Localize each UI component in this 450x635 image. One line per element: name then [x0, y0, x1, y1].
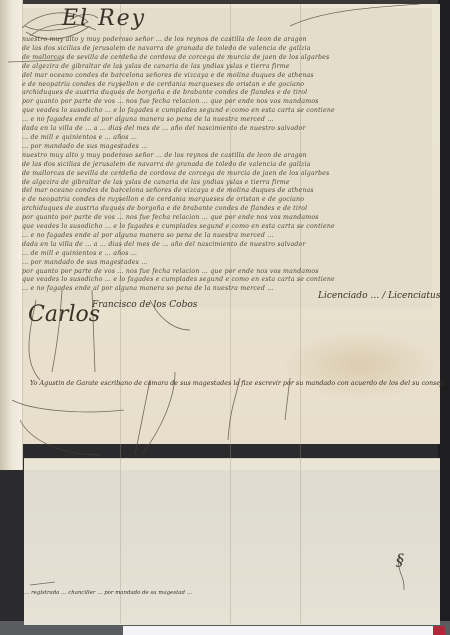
body-line: de algezira de gibraltar de las yslas de… [22, 179, 432, 188]
charter-body: nuestro muy alto y muy poderoso señor … … [22, 36, 432, 294]
body-line: por quanto por parte de vos … nos fue fe… [22, 214, 432, 223]
body-line: archiduques de austria duques de borgoña… [22, 89, 432, 98]
body-line: … por mandado de sus magestades … [22, 143, 432, 152]
plica-text: … registrada … chanciller … por mandado … [24, 590, 444, 598]
body-line: dada en la villa de … a … dias del mes d… [22, 241, 432, 250]
body-line: de mallorcas de sevilla de cerdeña de co… [22, 54, 432, 63]
secretary-signature: Francisco de los Cobos [92, 300, 197, 310]
body-line: de mallorcas de sevilla de cerdeña de co… [22, 170, 432, 179]
body-line: de algezira de gibraltar de las yslas de… [22, 63, 432, 72]
body-line: e de neopatria condes de ruysellon e de … [22, 196, 432, 205]
right-signature: Licenciado … / Licenciatus [318, 290, 440, 302]
bottom-color-marker [433, 626, 445, 635]
body-line: del mar oceano condes de barcelona señor… [22, 187, 432, 196]
body-line: e de neopatria condes de ruysellon e de … [22, 81, 432, 90]
body-line: del mar oceano condes de barcelona señor… [22, 72, 432, 81]
body-line: archiduques de austria duques de borgoña… [22, 205, 432, 214]
body-line: de las dos sicilias de jerusalem de nava… [22, 161, 432, 170]
king-signature: Carlos [28, 302, 100, 327]
body-line: dada en la villa de … a … dias del mes d… [22, 125, 432, 134]
body-line: de las dos sicilias de jerusalem de nava… [22, 45, 432, 54]
body-line: por quanto por parte de vos … nos fue fe… [22, 268, 432, 277]
body-line: que veades lo susodicho … e lo fagades e… [22, 223, 432, 232]
body-line: … de mill e quinientos e … años … [22, 250, 432, 259]
body-line: nuestro muy alto y muy poderoso señor … … [22, 36, 432, 45]
body-line: … de mill e quinientos e … años … [22, 134, 432, 143]
plica-folded-section [24, 470, 440, 625]
body-line: nuestro muy alto y muy poderoso señor … … [22, 152, 432, 161]
body-line: … e no fagades ende al por alguna manera… [22, 116, 432, 125]
invocation-heading: El Rey [62, 6, 146, 31]
body-line: … por mandado de sus magestades … [22, 259, 432, 268]
registration-line: Yo Agustin de Garate escribano de camara… [30, 379, 440, 387]
plica-mark: § [396, 550, 404, 569]
water-stain [280, 330, 440, 400]
curled-left-edge [0, 0, 23, 470]
body-line: por quanto por parte de vos … nos fue fe… [22, 98, 432, 107]
body-line: que veades lo susodicho … e lo fagades e… [22, 107, 432, 116]
bottom-card-strip [123, 626, 433, 635]
body-line: que veades lo susodicho … e lo fagades e… [22, 276, 432, 285]
body-line: … e no fagades ende al por alguna manera… [22, 232, 432, 241]
